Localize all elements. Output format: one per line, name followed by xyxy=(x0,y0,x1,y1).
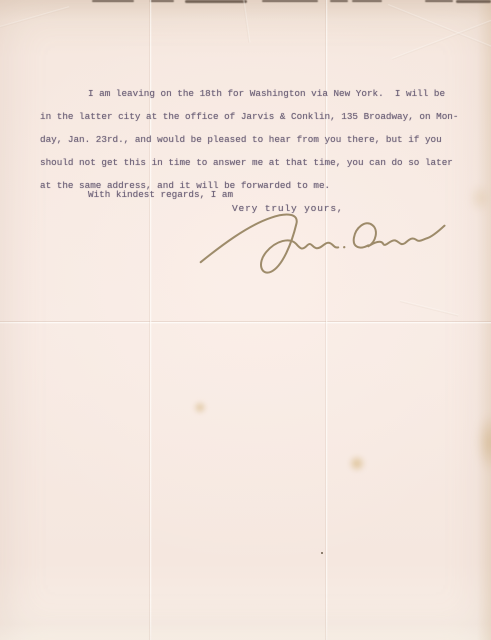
horizontal-fold-line xyxy=(0,321,491,324)
handwritten-signature-jno-donovan xyxy=(192,203,448,279)
crease-top-right-2 xyxy=(392,17,491,60)
torn-edge-fragment xyxy=(150,0,174,2)
crease-top-right xyxy=(388,4,491,58)
torn-edge-fragment xyxy=(330,0,348,2)
ink-speck xyxy=(321,552,323,554)
letter-body-line: day, Jan. 23rd., and would be pleased to… xyxy=(40,128,480,151)
crease-top-center xyxy=(242,0,250,43)
letter-body: I am leaving on the 18th for Washington … xyxy=(40,82,480,197)
crease-top-left xyxy=(0,6,69,28)
letter-page-scan: I am leaving on the 18th for Washington … xyxy=(0,0,491,640)
foxing-stain xyxy=(193,401,207,414)
crease-mid-right xyxy=(400,300,459,316)
torn-edge-fragment xyxy=(352,0,382,2)
letter-body-line: I am leaving on the 18th for Washington … xyxy=(40,82,480,105)
torn-edge-fragment xyxy=(425,0,453,2)
torn-edge-fragment xyxy=(92,0,134,2)
foxing-stain xyxy=(348,455,366,472)
letter-body-line: should not get this in time to answer me… xyxy=(40,151,480,174)
torn-edge-fragment xyxy=(456,0,491,3)
letter-body-line: in the latter city at the office of Jarv… xyxy=(40,105,480,128)
edge-stain xyxy=(477,415,491,470)
torn-edge-fragment xyxy=(262,0,318,2)
letter-closing-line: With kindest regards, I am xyxy=(88,188,233,202)
torn-edge-fragment xyxy=(185,0,247,3)
